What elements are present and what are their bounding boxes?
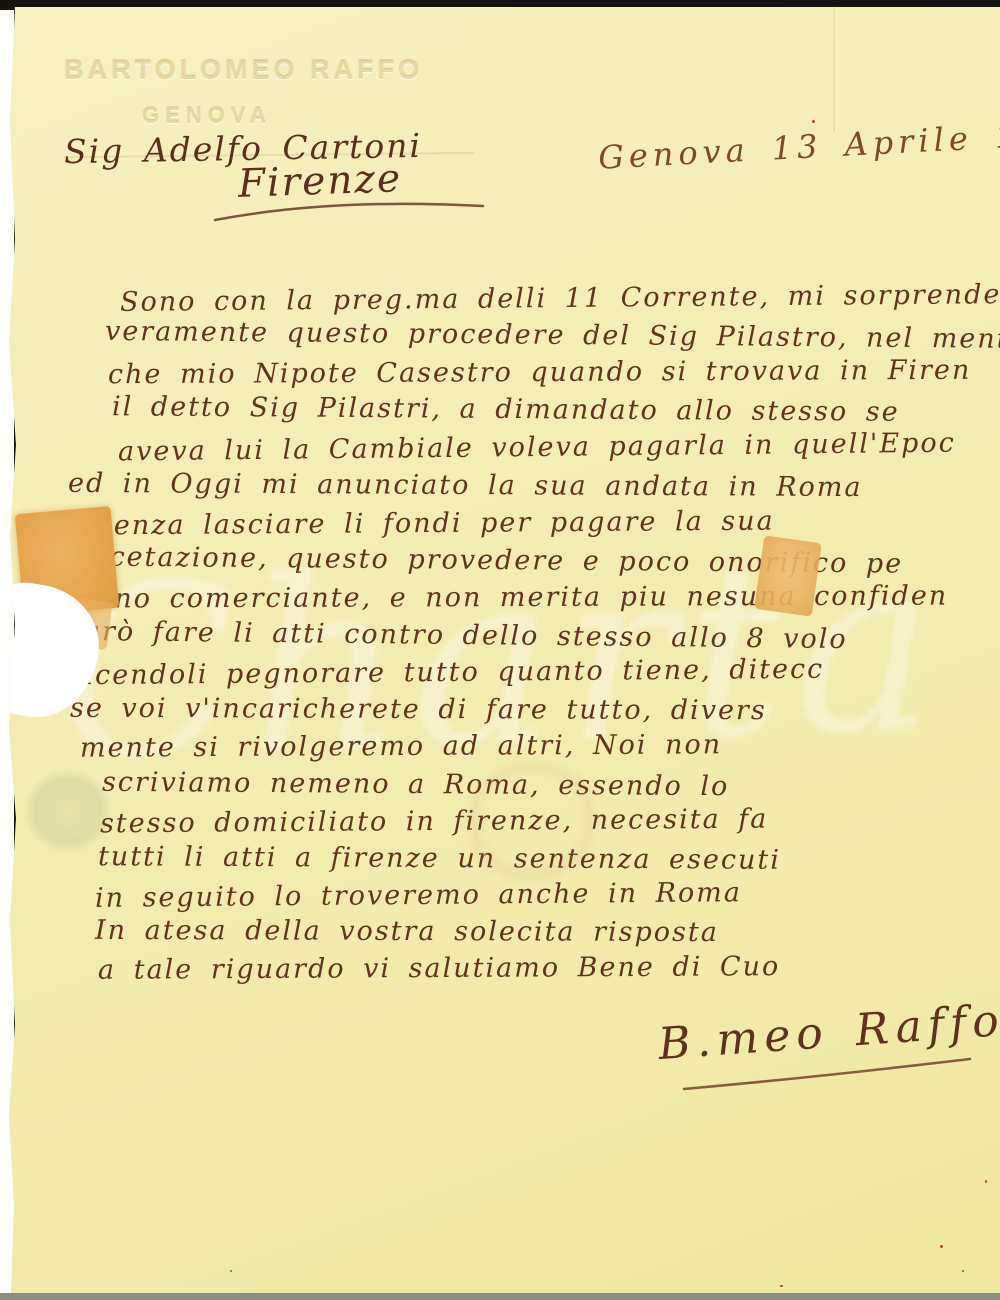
- body-line: mente si rivolgeremo ad altri, Noi non: [80, 729, 722, 763]
- body-line: ed in Oggi mi anunciato la sua andata in…: [68, 468, 863, 503]
- paper-speck: [812, 120, 815, 123]
- body-line: che mio Nipote Casestro quando si trovav…: [108, 355, 971, 391]
- letter-paper: BARTOLOMEO RAFFO GENOVA Charta Sig Adelf…: [6, 7, 1000, 1295]
- scanner-edge-bottom: [0, 1293, 1000, 1300]
- signature: B.meo Raffo: [657, 995, 1000, 1070]
- tape-patch-right: [754, 535, 822, 616]
- paper-speck: [940, 1245, 943, 1248]
- body-line: In atesa della vostra solecita risposta: [95, 915, 719, 948]
- body-line: stesso domiciliato in firenze, necesita …: [100, 804, 768, 840]
- dateline: Genova 13 Aprile 18: [597, 115, 1000, 176]
- paper-speck: [780, 1285, 783, 1287]
- body-line: senza lasciare li fondi per pagare la su…: [98, 506, 775, 542]
- body-line: a tale riguardo vi salutiamo Bene di Cuo: [98, 951, 780, 986]
- letterhead-name: BARTOLOMEO RAFFO: [64, 55, 423, 86]
- body-line: Sono con la preg.ma delli 11 Corrente, m…: [120, 279, 1000, 318]
- body-line: il detto Sig Pilastri, a dimandato allo …: [112, 391, 900, 427]
- body-line: aveva lui la Cambiale voleva pagarla in …: [118, 428, 956, 468]
- paper-speck: [230, 1270, 232, 1272]
- body-line: scriviamo nemeno a Roma, essendo lo: [102, 767, 730, 802]
- stamp-ghost: [8, 753, 128, 869]
- scanned-letter-screenshot: { "document_kind": "Scanned handwritten …: [0, 0, 1000, 1300]
- body-line: facendoli pegnorare tutto quanto tiene, …: [65, 654, 824, 692]
- paper-speck: [985, 1180, 987, 1183]
- paper-crease: [833, 7, 835, 132]
- body-line: veramente questo procedere del Sig Pilas…: [105, 316, 1000, 355]
- paper-speck: [962, 1270, 964, 1272]
- body-line: uno comerciante, e non merita piu nesuna…: [95, 581, 948, 615]
- body-line: tutti li atti a firenze un sentenza esec…: [98, 841, 781, 876]
- body-line: farò fare li atti contro dello stesso al…: [72, 616, 848, 655]
- letterhead-city: GENOVA: [142, 103, 272, 129]
- recipient-city: Firenze: [237, 156, 402, 207]
- body-line: se voi v'incaricherete di fare tutto, di…: [70, 693, 767, 726]
- body-line: in seguito lo troveremo anche in Roma: [95, 877, 742, 914]
